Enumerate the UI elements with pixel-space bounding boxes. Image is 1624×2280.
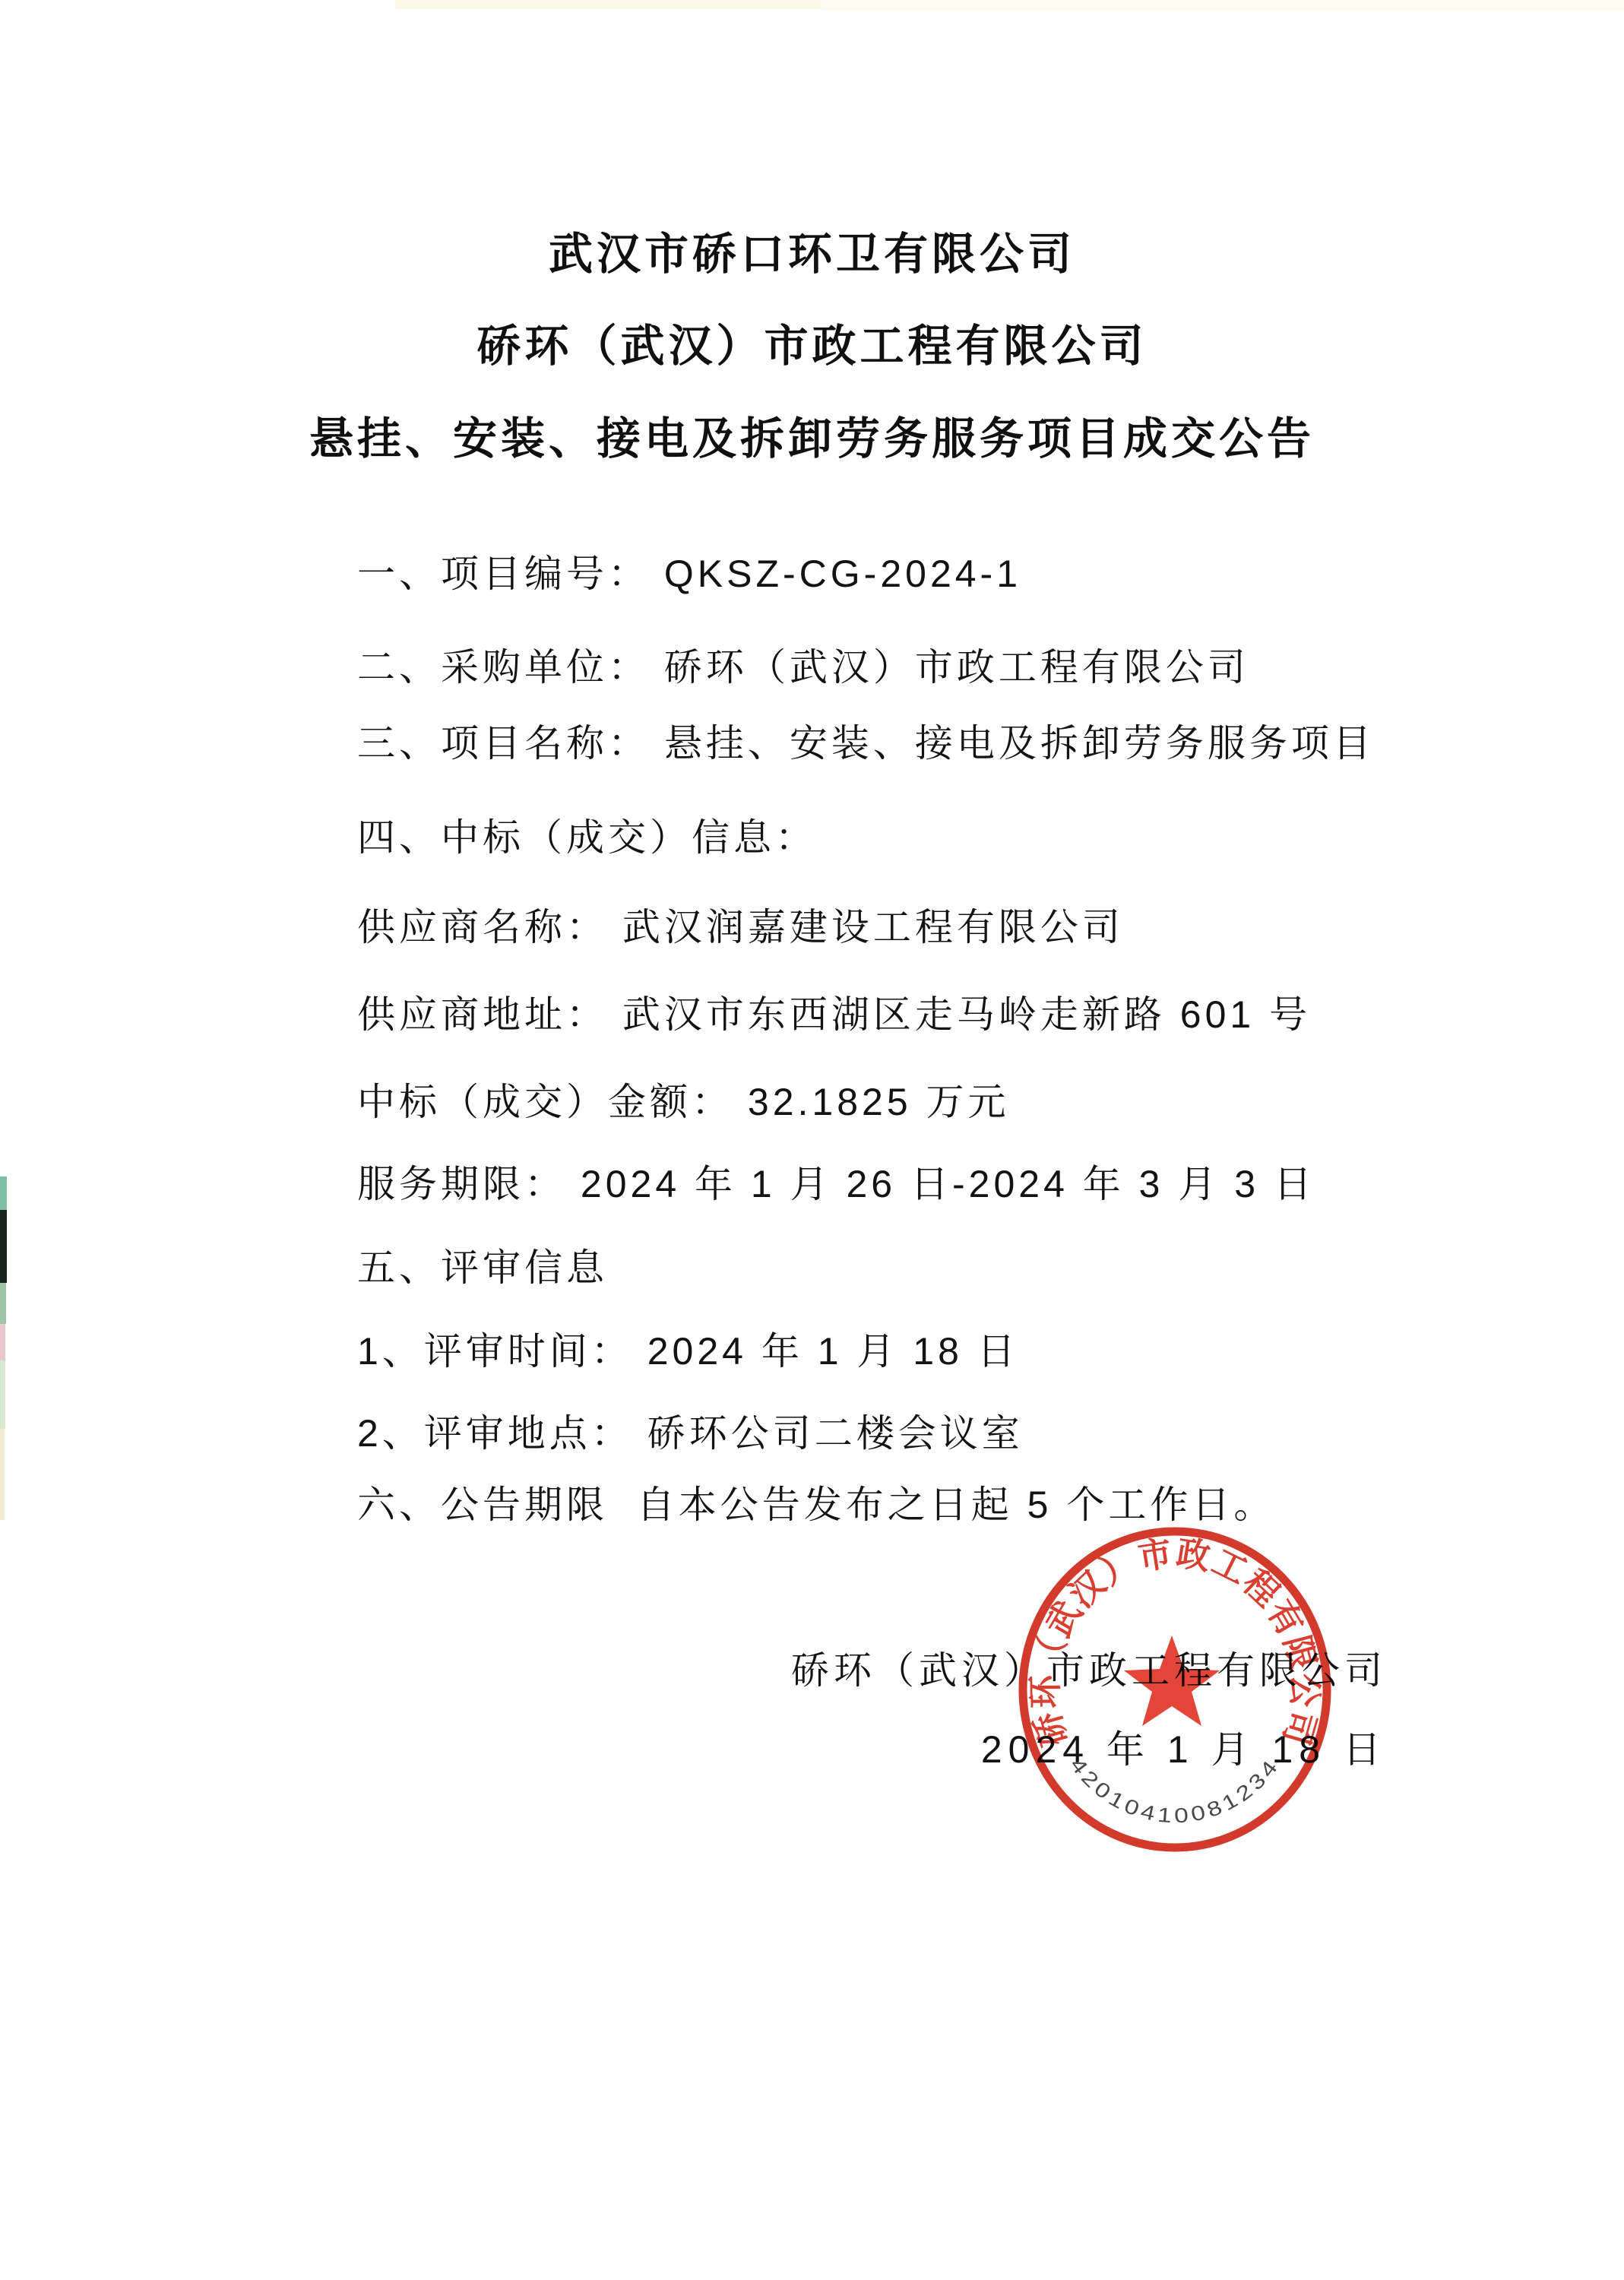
scan-artifact-left-edge — [0, 1210, 7, 1283]
purchaser-line: 二、采购单位： 硚环（武汉）市政工程有限公司 — [357, 644, 1249, 690]
service-period-line: 服务期限： 2024 年 1 月 26 日-2024 年 3 月 3 日 — [357, 1161, 1315, 1207]
review-info-heading: 五、评审信息 — [357, 1245, 608, 1290]
supplier-name-line: 供应商名称： 武汉润嘉建设工程有限公司 — [357, 904, 1124, 950]
seal-number: 42010410081234 — [1065, 1753, 1284, 1827]
project-name-line: 三、项目名称： 悬挂、安装、接电及拆卸劳务服务项目 — [357, 720, 1375, 766]
scan-artifact-left-edge — [0, 1324, 5, 1360]
seal-star-icon — [1124, 1636, 1220, 1726]
title-announcement: 悬挂、安装、接电及拆卸劳务服务项目成交公告 — [0, 415, 1624, 464]
award-amount-line: 中标（成交）金额： 32.1825 万元 — [357, 1079, 1010, 1125]
scan-artifact-left-edge — [0, 1429, 5, 1520]
scan-artifact-left-edge — [0, 1283, 6, 1324]
supplier-address-line: 供应商地址： 武汉市东西湖区走马岭走新路 601 号 — [357, 992, 1311, 1037]
scan-artifact-left-edge — [0, 1176, 7, 1210]
project-number-line: 一、项目编号： QKSZ-CG-2024-1 — [357, 551, 1021, 597]
scan-artifact-top — [821, 0, 1624, 11]
scan-artifact-top — [395, 0, 821, 9]
scan-artifact-left-edge — [0, 1360, 5, 1429]
seal-ring-text: 硚环（武汉）市政工程有限公司 — [1025, 1533, 1325, 1751]
announcement-page: 武汉市硚口环卫有限公司 硚环（武汉）市政工程有限公司 悬挂、安装、接电及拆卸劳务… — [0, 0, 1624, 2280]
announcement-period-line: 六、公告期限 自本公告发布之日起 5 个工作日。 — [357, 1482, 1275, 1528]
award-info-heading: 四、中标（成交）信息： — [357, 815, 817, 860]
review-place-line: 2、评审地点： 硚环公司二楼会议室 — [357, 1411, 1024, 1456]
review-time-line: 1、评审时间： 2024 年 1 月 18 日 — [357, 1328, 1019, 1374]
title-company-1: 武汉市硚口环卫有限公司 — [0, 230, 1624, 279]
title-company-2: 硚环（武汉）市政工程有限公司 — [0, 322, 1624, 371]
official-seal: 硚环（武汉）市政工程有限公司 42010410081234 — [1017, 1526, 1333, 1853]
